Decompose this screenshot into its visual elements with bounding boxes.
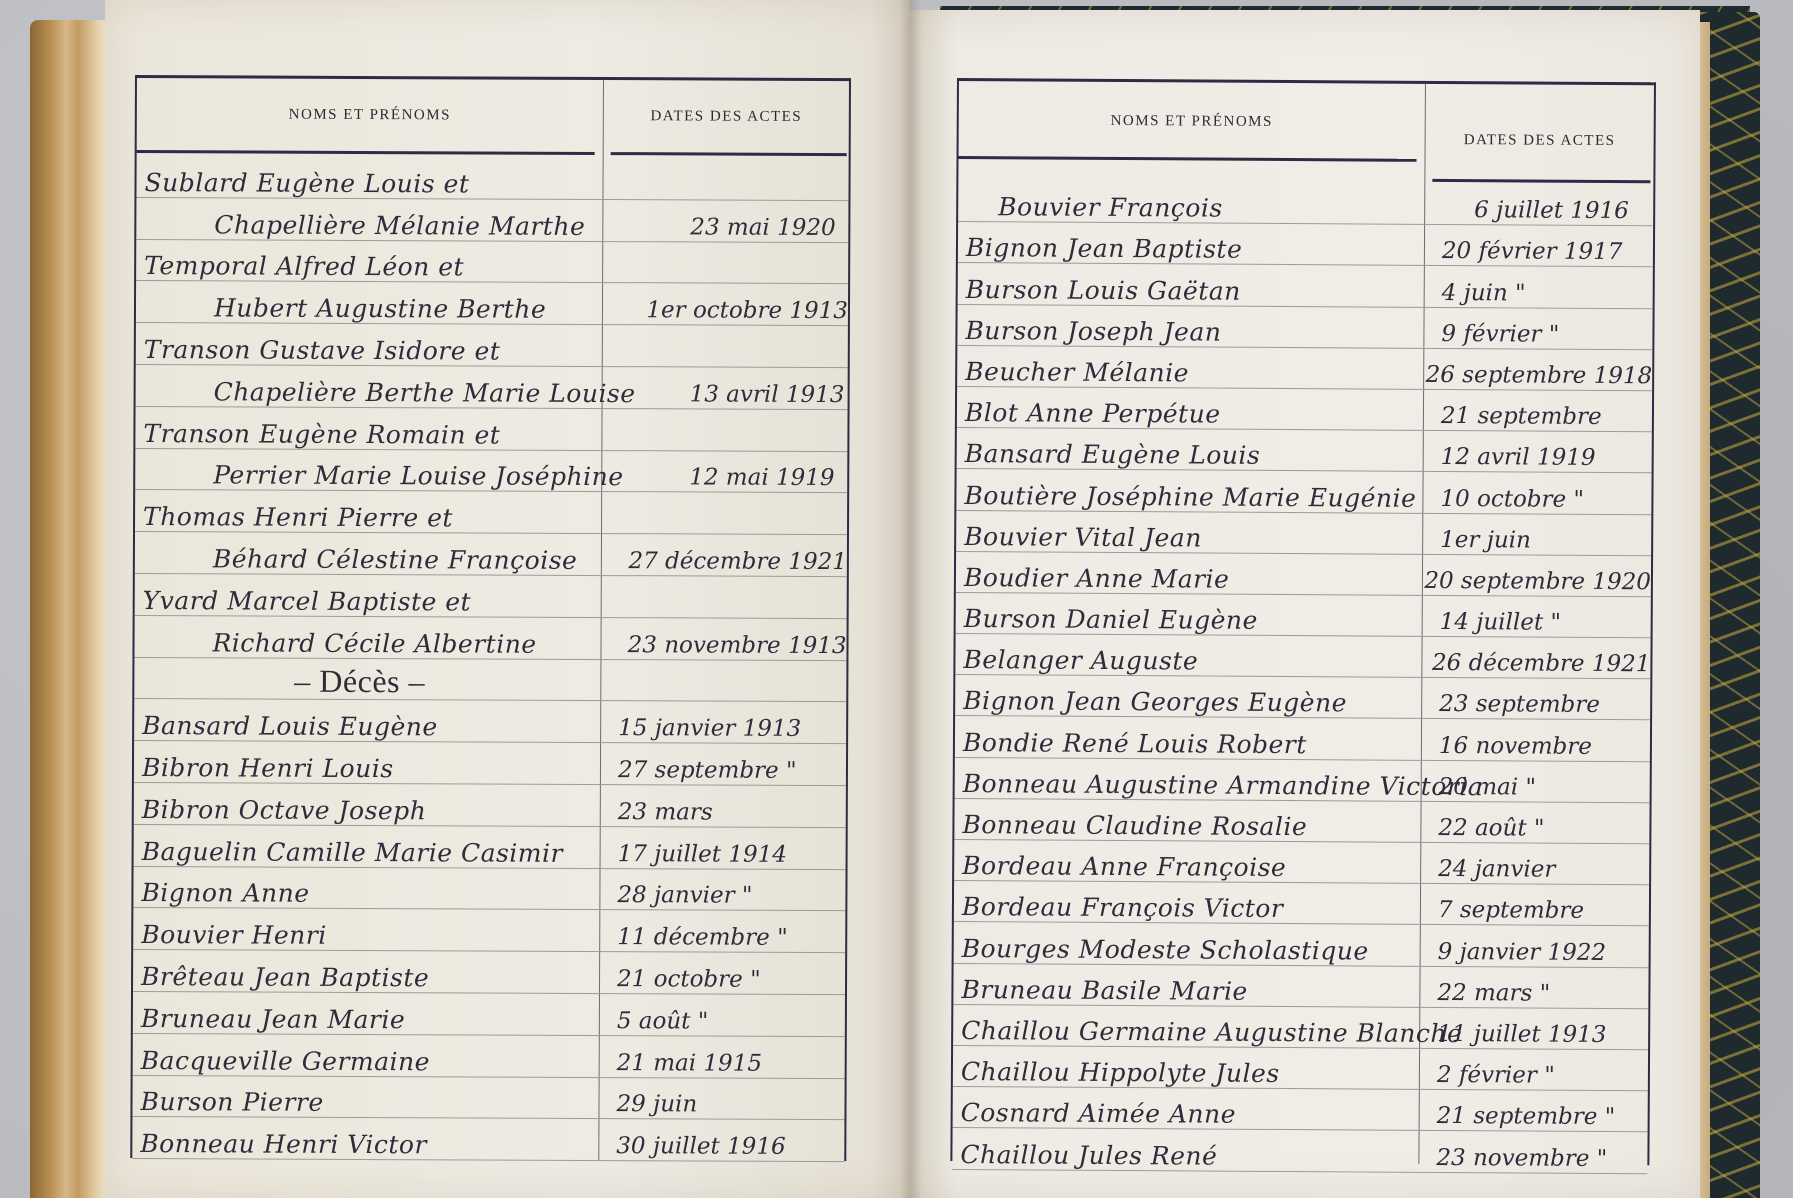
person-name: Bruneau Jean Marie [133, 1006, 607, 1035]
person-name: Bouvier Vital Jean [956, 524, 1430, 554]
act-date: 17 juillet 1914 [608, 843, 787, 869]
person-name: Transon Gustave Isidore et [136, 337, 610, 366]
register-row: Bansard Eugène Louis12 avril 1919 [957, 428, 1652, 473]
header-rule [611, 152, 847, 156]
person-name: Burson Joseph Jean [957, 318, 1431, 348]
act-date [610, 280, 620, 282]
act-date: 23 novembre " [1426, 1146, 1607, 1172]
act-date: 21 septembre [1431, 405, 1602, 431]
act-date: 23 septembre [1429, 693, 1600, 719]
person-name: Baguelin Camille Marie Casimir [134, 839, 608, 868]
person-name: Bondie René Louis Robert [955, 730, 1429, 760]
act-date: 9 janvier 1922 [1428, 940, 1607, 966]
act-date: 13 avril 1913 [680, 383, 845, 409]
register-row: Burson Louis Gaëtan4 juin " [958, 263, 1653, 308]
register-row: Bonneau Augustine Armandine Victoria20 m… [955, 758, 1650, 803]
register-row: Bouvier Vital Jean1er juin [956, 511, 1651, 556]
section-heading: – Décès – [134, 664, 760, 701]
act-date [609, 531, 619, 533]
register-row: Chaillou Hippolyte Jules2 février " [953, 1046, 1648, 1091]
act-date: 29 juin [606, 1093, 697, 1118]
register-row: Bignon Jean Baptiste20 février 1917 [958, 222, 1653, 267]
act-date: 20 septembre 1920 [1414, 570, 1651, 596]
person-name: Bouvier François [958, 194, 1464, 224]
register-row: Chapelière Berthe Marie Louise13 avril 1… [136, 365, 848, 410]
person-name: Temporal Alfred Léon et [136, 253, 610, 282]
register-row: Blot Anne Perpétue21 septembre [957, 387, 1652, 432]
act-date: 12 mai 1919 [679, 467, 834, 493]
act-date: 15 janvier 1913 [608, 717, 801, 743]
register-row: Baguelin Camille Marie Casimir17 juillet… [134, 825, 846, 870]
person-name: Chaillou Germaine Augustine Blanche [953, 1018, 1427, 1048]
person-name: Bourges Modeste Scholastique [954, 936, 1428, 966]
act-date: 1er juin [1430, 529, 1531, 555]
register-row: Temporal Alfred Léon et [136, 240, 848, 285]
register-row: – Décès – [134, 658, 846, 703]
person-name: Perrier Marie Louise Joséphine [135, 462, 679, 491]
left-register-rows: Sublard Eugène Louis etChapellière Mélan… [132, 156, 848, 1162]
person-name: Béhard Célestine Françoise [135, 546, 619, 575]
register-row: Beucher Mélanie26 septembre 1918 [957, 346, 1652, 391]
person-name: Hubert Augustine Berthe [136, 295, 637, 324]
header-names: NOMS ET PRÉNOMS [959, 89, 1425, 154]
register-row: Chaillou Jules René23 novembre " [952, 1128, 1647, 1173]
person-name: Burson Daniel Eugène [956, 606, 1430, 636]
person-name: Bansard Eugène Louis [957, 441, 1431, 471]
register-row: Bonneau Henri Victor30 juillet 1916 [132, 1117, 844, 1162]
person-name: Bonneau Augustine Armandine Victoria [955, 771, 1429, 801]
act-date: 23 mars [608, 801, 713, 826]
act-date: 7 septembre [1428, 899, 1584, 925]
person-name: Boutière Joséphine Marie Eugénie [956, 483, 1430, 513]
register-row: Bruneau Jean Marie5 août " [133, 992, 845, 1037]
act-date: 21 mai 1915 [607, 1052, 762, 1078]
register-row: Bordeau Anne Françoise24 janvier [954, 840, 1649, 885]
act-date: 12 avril 1919 [1431, 446, 1596, 472]
register-row: Richard Cécile Albertine23 novembre 1913 [134, 616, 846, 661]
act-date: 21 septembre " [1427, 1105, 1616, 1131]
register-row: Bignon Anne28 janvier " [133, 867, 845, 912]
register-row: Transon Eugène Romain et [135, 407, 847, 452]
person-name: Transon Eugène Romain et [135, 421, 609, 450]
act-date: 27 septembre " [608, 759, 797, 785]
register-row: Brêteau Jean Baptiste21 octobre " [133, 950, 845, 995]
register-row: Transon Gustave Isidore et [136, 323, 848, 368]
act-date: 11 décembre " [607, 926, 788, 952]
person-name: Richard Cécile Albertine [134, 630, 617, 659]
person-name: Bansard Louis Eugène [134, 713, 608, 742]
book-gutter [900, 0, 922, 1198]
register-row: Sublard Eugène Louis et [136, 156, 848, 201]
act-date [610, 364, 620, 366]
register-row: Yvard Marcel Baptiste et [135, 574, 847, 619]
person-name: Cosnard Aimée Anne [953, 1100, 1427, 1130]
act-date: 4 juin " [1432, 281, 1526, 307]
register-row: Chaillou Germaine Augustine Blanche11 ju… [953, 1005, 1648, 1050]
act-date [610, 197, 620, 199]
register-row: Bacqueville Germaine21 mai 1915 [133, 1034, 845, 1079]
person-name: Bruneau Basile Marie [953, 977, 1427, 1007]
register-row: Bibron Henri Louis27 septembre " [134, 741, 846, 786]
act-date: 11 juillet 1913 [1427, 1023, 1606, 1049]
page-edges-left [30, 20, 110, 1198]
act-date: 26 décembre 1921 [1422, 652, 1651, 678]
register-row: Thomas Henri Pierre et [135, 490, 847, 535]
person-name: Bibron Henri Louis [134, 755, 608, 784]
register-row: Bibron Octave Joseph23 mars [134, 783, 846, 828]
act-date: 2 février " [1427, 1064, 1555, 1090]
person-name: Bacqueville Germaine [133, 1048, 607, 1077]
person-name: Thomas Henri Pierre et [135, 504, 609, 533]
register-row: Perrier Marie Louise Joséphine12 mai 191… [135, 449, 847, 494]
register-row: Hubert Augustine Berthe1er octobre 1913 [136, 281, 848, 326]
person-name: Bibron Octave Joseph [134, 797, 608, 826]
register-row: Bruneau Basile Marie22 mars " [953, 964, 1648, 1009]
register-row: Boudier Anne Marie20 septembre 1920 [956, 552, 1651, 597]
register-row: Boutière Joséphine Marie Eugénie10 octob… [956, 469, 1651, 514]
left-register-table: NOMS ET PRÉNOMS DATES DES ACTES Sublard … [130, 75, 851, 1161]
act-date: 5 août " [607, 1010, 709, 1035]
person-name: Blot Anne Perpétue [957, 400, 1431, 430]
person-name: Bonneau Claudine Rosalie [954, 812, 1428, 842]
person-name: Chapellière Mélanie Marthe [136, 212, 680, 241]
act-date: 14 juillet " [1430, 611, 1561, 637]
act-date: 6 juillet 1916 [1464, 199, 1629, 225]
register-row: Bouvier François6 juillet 1916 [958, 181, 1653, 226]
header-dates: DATES DES ACTES [604, 80, 849, 153]
register-row: Béhard Célestine Françoise27 décembre 19… [135, 532, 847, 577]
person-name: Sublard Eugène Louis et [136, 170, 610, 199]
act-date: 21 octobre " [607, 968, 761, 994]
act-date: 16 novembre [1429, 735, 1592, 761]
register-row: Bonneau Claudine Rosalie22 août " [954, 799, 1649, 844]
act-date: 24 janvier [1428, 858, 1555, 884]
register-row: Bignon Jean Georges Eugène23 septembre [955, 675, 1650, 720]
act-date: 20 février 1917 [1432, 240, 1623, 266]
register-row: Burson Pierre29 juin [132, 1076, 844, 1121]
person-name: Bordeau François Victor [954, 894, 1428, 924]
act-date [609, 448, 619, 450]
person-name: Bonneau Henri Victor [132, 1131, 606, 1160]
person-name: Chapelière Berthe Marie Louise [136, 379, 680, 408]
register-row: Belanger Auguste26 décembre 1921 [955, 634, 1650, 679]
person-name: Burson Louis Gaëtan [958, 277, 1432, 307]
header-rule [1432, 179, 1650, 183]
act-date: 27 décembre 1921 [618, 550, 846, 576]
act-date: 1er octobre 1913 [636, 299, 848, 325]
act-date: 20 mai " [1429, 776, 1537, 802]
person-name: Boudier Anne Marie [956, 565, 1415, 595]
act-date: 30 juillet 1916 [606, 1135, 785, 1161]
register-row: Bondie René Louis Robert16 novembre [955, 716, 1650, 761]
register-row: Bouvier Henri11 décembre " [133, 908, 845, 953]
register-row: Cosnard Aimée Anne21 septembre " [953, 1087, 1648, 1132]
register-row: Burson Joseph Jean9 février " [957, 305, 1652, 350]
person-name: Brêteau Jean Baptiste [133, 964, 607, 993]
person-name: Beucher Mélanie [957, 359, 1416, 389]
register-row: Bansard Louis Eugène15 janvier 1913 [134, 699, 846, 744]
person-name: Yvard Marcel Baptiste et [135, 588, 609, 617]
header-rule [137, 150, 595, 155]
act-date: 22 août " [1428, 817, 1544, 843]
act-date: 10 octobre " [1430, 487, 1584, 513]
person-name: Burson Pierre [132, 1089, 606, 1118]
person-name: Bordeau Anne Françoise [954, 853, 1428, 883]
register-row: Chapellière Mélanie Marthe23 mai 1920 [136, 198, 848, 243]
person-name: Chaillou Jules René [952, 1141, 1426, 1171]
person-name: Bignon Jean Baptiste [958, 235, 1432, 265]
register-row: Bordeau François Victor7 septembre [954, 881, 1649, 926]
act-date: 9 février " [1431, 323, 1559, 349]
act-date: 23 novembre 1913 [618, 634, 847, 660]
register-row: Burson Daniel Eugène14 juillet " [956, 593, 1651, 638]
act-date [760, 699, 770, 701]
person-name: Chaillou Hippolyte Jules [953, 1059, 1427, 1089]
register-row: Bourges Modeste Scholastique9 janvier 19… [954, 922, 1649, 967]
act-date: 23 mai 1920 [680, 216, 835, 242]
act-date: 26 septembre 1918 [1416, 364, 1653, 390]
right-register-table: NOMS ET PRÉNOMS DATES DES ACTES Bouvier … [950, 78, 1656, 1165]
header-rule [959, 156, 1417, 162]
person-name: Bouvier Henri [133, 922, 607, 951]
person-name: Bignon Anne [133, 880, 607, 909]
act-date: 22 mars " [1427, 982, 1550, 1008]
act-date: 28 janvier " [607, 884, 752, 910]
header-names: NOMS ET PRÉNOMS [137, 78, 603, 152]
person-name: Belanger Auguste [955, 647, 1422, 677]
right-register-rows: Bouvier François6 juillet 1916Bignon Jea… [952, 181, 1653, 1174]
act-date [609, 615, 619, 617]
header-dates: DATES DES ACTES [1425, 104, 1653, 177]
person-name: Bignon Jean Georges Eugène [955, 688, 1429, 718]
